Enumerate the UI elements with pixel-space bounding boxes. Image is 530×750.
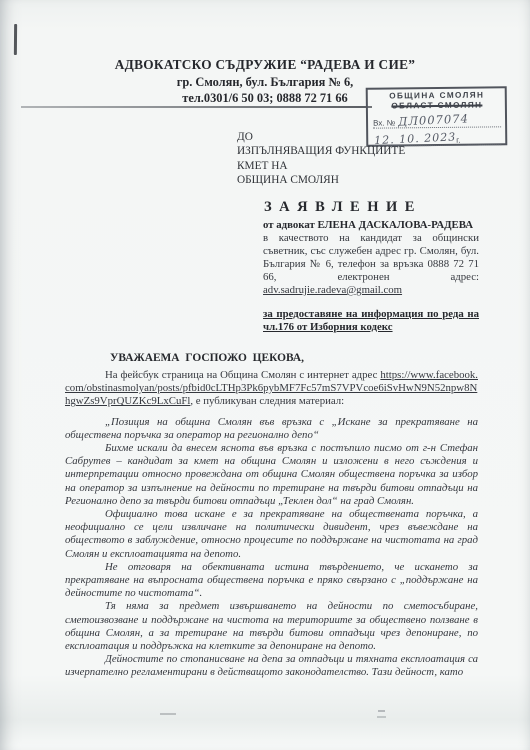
scan-artifact-mark: [160, 713, 176, 715]
firm-name: АДВОКАТСКО СЪДРУЖИЕ “РАДЕВА И СИЕ”: [0, 56, 530, 74]
applicant-details-text: в качеството на кандидат за общински съв…: [263, 232, 479, 283]
intro-text-before: На фейсбук страница на Община Смолян с и…: [105, 369, 377, 381]
letterhead-divider: [21, 106, 372, 108]
recipient-to: ДО: [237, 130, 405, 144]
paragraph-quote-title: „Позиция на община Смолян във връзка с „…: [65, 416, 478, 442]
subject-line: за предоставяне на информация по реда на…: [263, 308, 479, 334]
scan-artifact-mark: [378, 710, 385, 712]
stamp-entry-label: Вх. №: [373, 118, 395, 127]
paragraph-quote-5: Дейностите по стопанисване на депа за от…: [65, 653, 478, 679]
scanned-letter-page: АДВОКАТСКО СЪДРУЖИЕ “РАДЕВА И СИЕ” гр. С…: [0, 0, 530, 750]
stamp-entry-row: Вх. № ДЛ007074: [373, 109, 501, 128]
scan-artifact-mark: [377, 716, 386, 718]
intro-text-after: , е публикуван следния материал:: [190, 395, 344, 407]
paragraph-quote-1: Бихме искали да внесем яснота във връзка…: [65, 442, 478, 508]
applicant-email: adv.sadrujie.radeva@gmail.com: [263, 284, 402, 296]
applicant-block: от адвокат ЕЛЕНА ДАСКАЛОВА-РАДЕВА в каче…: [263, 219, 479, 334]
paragraph-quote-2: Официално това искане е за прекратяване …: [65, 508, 478, 561]
letter-body: На фейсбук страница на Община Смолян с и…: [65, 369, 478, 680]
paragraph-quote-3: Не отговаря на обективната истина твърде…: [65, 561, 478, 601]
applicant-details: в качеството на кандидат за общински съв…: [263, 232, 479, 297]
scan-artifact-bar: [14, 24, 17, 55]
paragraph-quote-4: Тя няма за предмет извършването на дейно…: [65, 600, 478, 653]
recipient-line1: ИЗПЪЛНЯВАЩИЯ ФУНКЦИИТЕ: [237, 144, 405, 158]
paragraph-intro: На фейсбук страница на Община Смолян с и…: [65, 369, 478, 409]
document-title: ЗАЯВЛЕНИЕ: [264, 199, 422, 216]
recipient-line2: КМЕТ НА: [237, 159, 405, 173]
recipient-line3: ОБЩИНА СМОЛЯН: [237, 173, 405, 187]
stamp-entry-number-handwritten: ДЛ007074: [398, 111, 469, 128]
applicant-name: от адвокат ЕЛЕНА ДАСКАЛОВА-РАДЕВА: [263, 219, 479, 232]
recipient-block: ДО ИЗПЪЛНЯВАЩИЯ ФУНКЦИИТЕ КМЕТ НА ОБЩИНА…: [237, 130, 405, 187]
stamp-district: ОБЛАСТ СМОЛЯН: [373, 100, 501, 111]
salutation: УВАЖАЕМА ГОСПОЖО ЦЕКОВА,: [110, 352, 304, 364]
stamp-date-suffix: г.: [456, 136, 460, 145]
